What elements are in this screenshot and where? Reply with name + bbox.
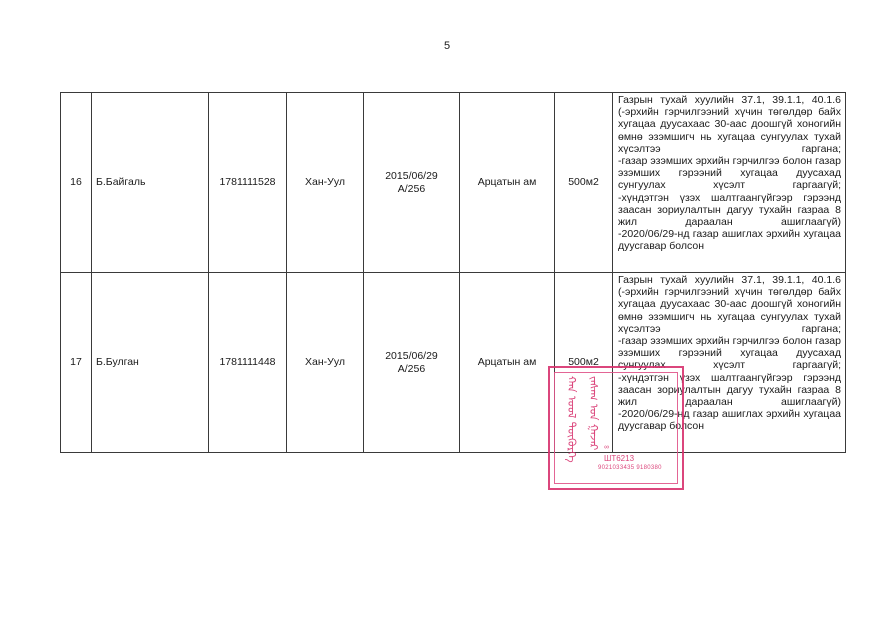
decision: 2015/06/29 A/256 [364,93,460,273]
row-index: 17 [61,273,92,453]
note-line: дуусгавар болсон [618,240,841,252]
note-line: жил дараалан ашиглаагүй) [618,396,841,408]
stamp-digits: 9021033435 9180380 [598,465,662,471]
note-line: дуусгавар болсон [618,420,841,432]
termination-note: Газрын тухай хуулийн 37.1, 39.1.1, 40.1.… [613,93,846,273]
row-index: 16 [61,93,92,273]
note-line: -газар эзэмших эрхийн гэрчилгээ болон га… [618,155,841,167]
note-line: заасан зориулалтын дагуу тухайн газраа 8 [618,384,841,396]
table-row: 16 Б.Байгаль 1781111528 Хан-Уул 2015/06/… [61,93,846,273]
page-number: 5 [444,40,450,52]
location: Арцатын ам [460,93,555,273]
note-line: жил дараалан ашиглаагүй) [618,216,841,228]
note-line: өмнө эзэмшигч нь хугацаа сунгуулах тухай [618,131,841,143]
note-line: хугацаа дуусахаас 30-аас доошгүй хоногий… [618,298,841,310]
note-line: Газрын тухай хуулийн 37.1, 39.1.1, 40.1.… [618,274,841,286]
id-number: 1781111528 [209,93,287,273]
note-line: хүсэлтээ гаргана; [618,323,841,335]
note-line: сунгуулах хүсэлт гаргаагүй; [618,359,841,371]
table-row: 17 Б.Булган 1781111448 Хан-Уул 2015/06/2… [61,273,846,453]
district: Хан-Уул [287,273,364,453]
decision-date: 2015/06/29 [364,170,459,182]
holder-name: Б.Байгаль [92,93,209,273]
district: Хан-Уул [287,93,364,273]
note-line: -2020/06/29-нд газар ашиглах эрхийн хуга… [618,228,841,240]
land-rights-table: 16 Б.Байгаль 1781111528 Хан-Уул 2015/06/… [60,92,846,453]
note-line: заасан зориулалтын дагуу тухайн газраа 8 [618,204,841,216]
holder-name: Б.Булган [92,273,209,453]
id-number: 1781111448 [209,273,287,453]
note-line: хугацаа дуусахаас 30-аас доошгүй хоногий… [618,118,841,130]
note-line: Газрын тухай хуулийн 37.1, 39.1.1, 40.1.… [618,94,841,106]
note-line: сунгуулах хүсэлт гаргаагүй; [618,179,841,191]
note-line: хүсэлтээ гаргана; [618,143,841,155]
termination-note: Газрын тухай хуулийн 37.1, 39.1.1, 40.1.… [613,273,846,453]
decision-date: 2015/06/29 [364,350,459,362]
area: 500м2 [555,273,613,453]
note-line: (-эрхийн гэрчилгээний хүчин төгөлдөр бай… [618,286,841,298]
note-line: -2020/06/29-нд газар ашиглах эрхийн хуга… [618,408,841,420]
decision: 2015/06/29 A/256 [364,273,460,453]
note-line: эзэмших гэрээний хугацаа дуусахад [618,347,841,359]
decision-number: A/256 [364,183,459,195]
note-line: -хүндэтгэн үзэх шалтгаангүйгээр гэрээнд [618,372,841,384]
note-line: эзэмших гэрээний хугацаа дуусахад [618,167,841,179]
stamp-code: ШТ6213 [604,454,634,463]
note-line: өмнө эзэмшигч нь хугацаа сунгуулах тухай [618,311,841,323]
location: Арцатын ам [460,273,555,453]
note-line: -хүндэтгэн үзэх шалтгаангүйгээр гэрээнд [618,192,841,204]
note-line: (-эрхийн гэрчилгээний хүчин төгөлдөр бай… [618,106,841,118]
note-line: -газар эзэмших эрхийн гэрчилгээ болон га… [618,335,841,347]
decision-number: A/256 [364,363,459,375]
area: 500м2 [555,93,613,273]
